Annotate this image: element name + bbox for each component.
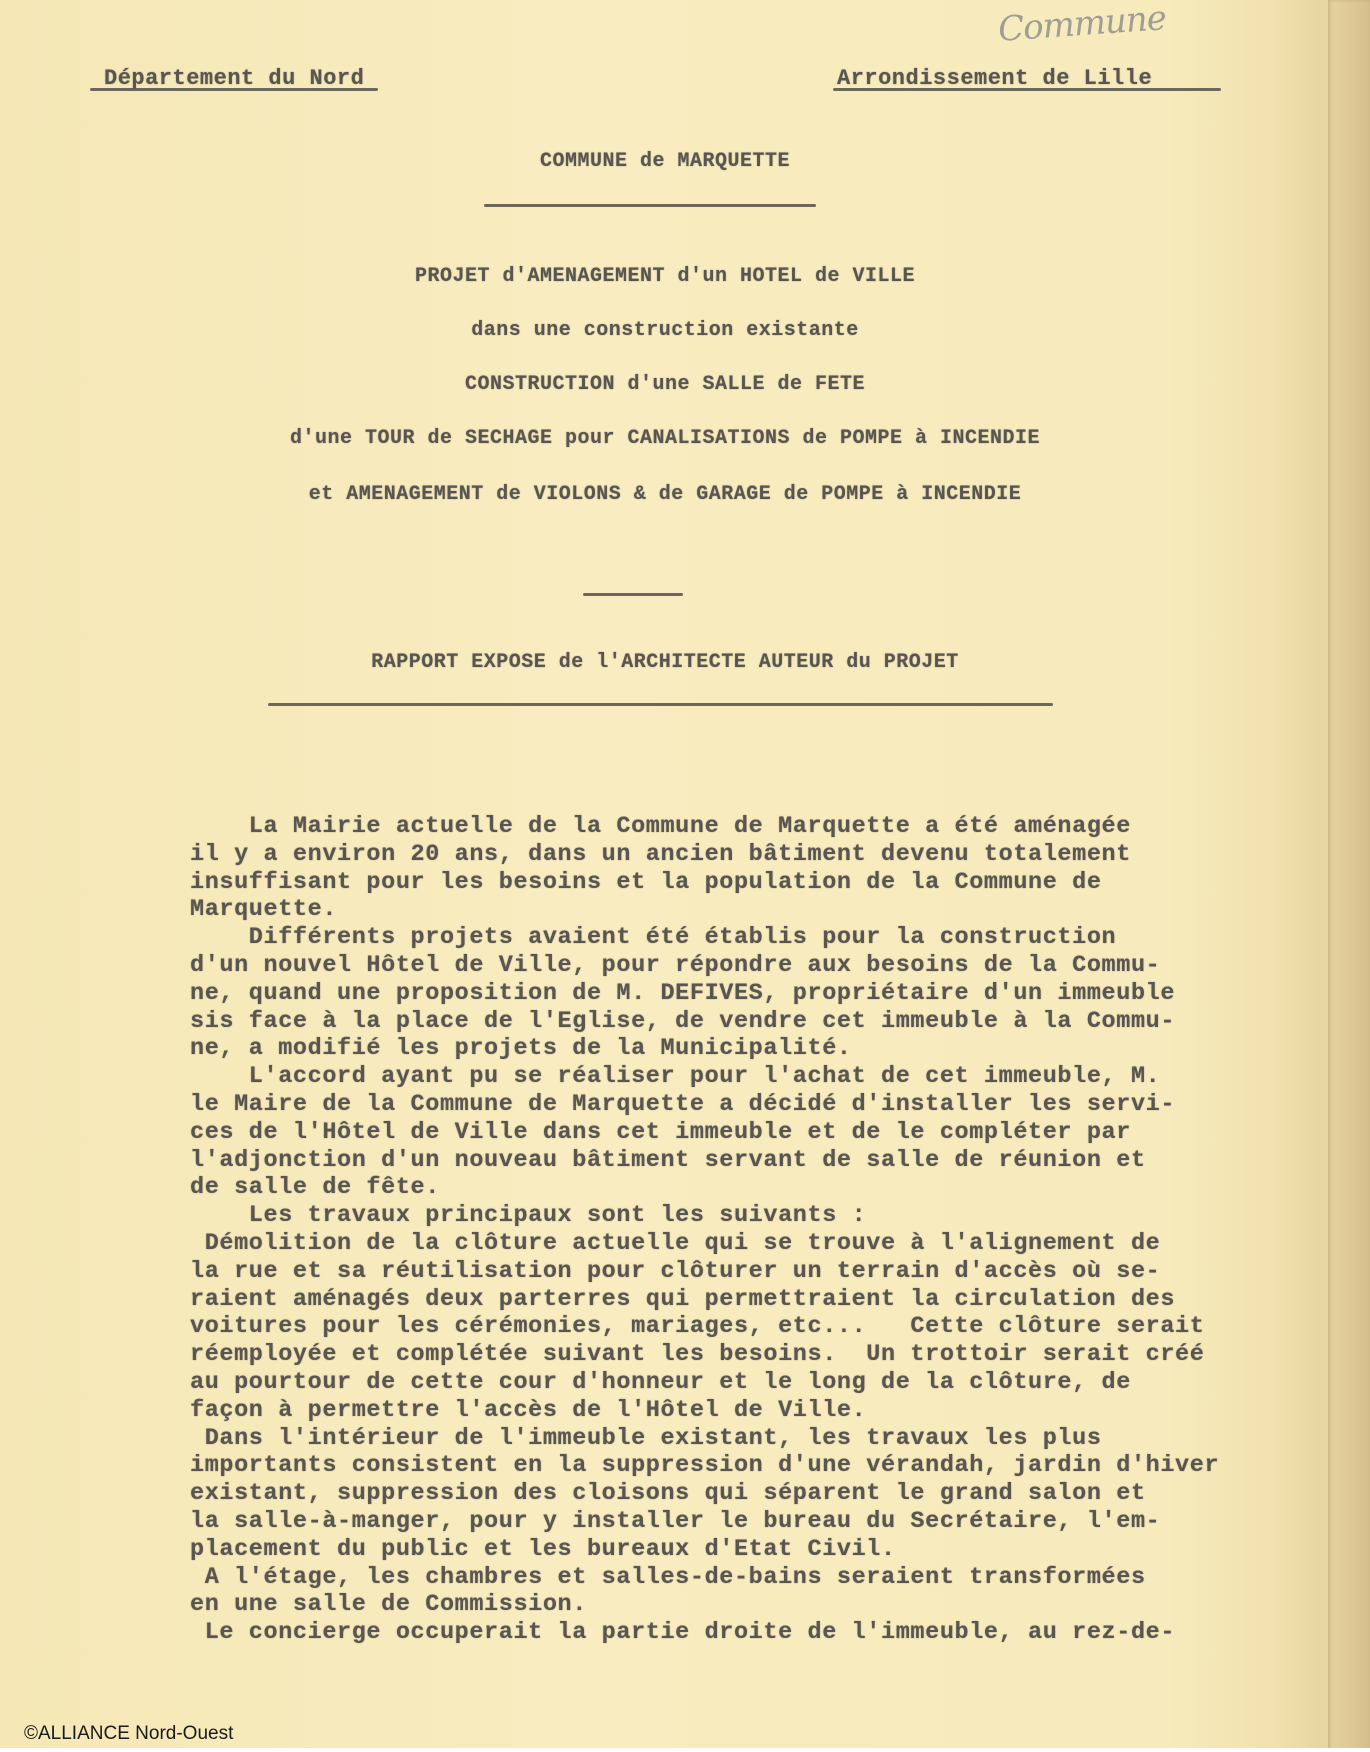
body-line: façon à permettre l'accès de l'Hôtel de … bbox=[190, 1397, 1340, 1425]
body-line: réemployée et complétée suivant les beso… bbox=[190, 1341, 1340, 1369]
body-line: ces de l'Hôtel de Ville dans cet immeubl… bbox=[190, 1119, 1340, 1147]
body-line: ne, a modifié les projets de la Municipa… bbox=[190, 1035, 1340, 1063]
report-body: La Mairie actuelle de la Commune de Marq… bbox=[190, 813, 1340, 1647]
body-line: sis face à la place de l'Eglise, de vend… bbox=[190, 1008, 1340, 1036]
body-line: il y a environ 20 ans, dans un ancien bâ… bbox=[190, 841, 1340, 869]
body-line: le Maire de la Commune de Marquette a dé… bbox=[190, 1091, 1340, 1119]
header-department-underline bbox=[90, 88, 378, 91]
body-line: Marquette. bbox=[190, 896, 1340, 924]
body-line: la salle-à-manger, pour y installer le b… bbox=[190, 1508, 1340, 1536]
commune-title-underline bbox=[484, 204, 816, 207]
body-line: insuffisant pour les besoins et la popul… bbox=[190, 869, 1340, 897]
header-arrondissement-underline bbox=[833, 88, 1221, 91]
body-line: d'un nouvel Hôtel de Ville, pour répondr… bbox=[190, 952, 1340, 980]
project-title-line-1: PROJET d'AMENAGEMENT d'un HOTEL de VILLE bbox=[0, 265, 1350, 288]
body-line: importants consistent en la suppression … bbox=[190, 1452, 1340, 1480]
body-line: raient aménagés deux parterres qui perme… bbox=[190, 1286, 1340, 1314]
body-line: l'adjonction d'un nouveau bâtiment serva… bbox=[190, 1147, 1340, 1175]
body-line: la rue et sa réutilisation pour clôturer… bbox=[190, 1258, 1340, 1286]
document-page: Commune Département du Nord Arrondisseme… bbox=[0, 0, 1370, 1752]
body-line: Démolition de la clôture actuelle qui se… bbox=[190, 1230, 1340, 1258]
body-line: voitures pour les cérémonies, mariages, … bbox=[190, 1313, 1340, 1341]
pencil-annotation: Commune bbox=[997, 0, 1167, 50]
project-title-line-5: et AMENAGEMENT de VIOLONS & de GARAGE de… bbox=[0, 483, 1350, 506]
project-title-line-3: CONSTRUCTION d'une SALLE de FETE bbox=[0, 373, 1350, 396]
section-divider bbox=[583, 593, 683, 596]
body-line: La Mairie actuelle de la Commune de Marq… bbox=[190, 813, 1340, 841]
body-line: au pourtour de cette cour d'honneur et l… bbox=[190, 1369, 1340, 1397]
report-title-underline bbox=[268, 703, 1053, 706]
body-line: Dans l'intérieur de l'immeuble existant,… bbox=[190, 1425, 1340, 1453]
project-title-line-2: dans une construction existante bbox=[0, 319, 1350, 342]
commune-title: COMMUNE de MARQUETTE bbox=[0, 150, 1350, 173]
body-line: Le concierge occuperait la partie droite… bbox=[190, 1619, 1340, 1647]
body-line: ne, quand une proposition de M. DEFIVES,… bbox=[190, 980, 1340, 1008]
body-line: Différents projets avaient été établis p… bbox=[190, 924, 1340, 952]
body-line: de salle de fête. bbox=[190, 1174, 1340, 1202]
body-line: existant, suppression des cloisons qui s… bbox=[190, 1480, 1340, 1508]
copyright-notice: ©ALLIANCE Nord-Ouest bbox=[24, 1723, 233, 1745]
body-line: placement du public et les bureaux d'Eta… bbox=[190, 1536, 1340, 1564]
project-title-line-4: d'une TOUR de SECHAGE pour CANALISATIONS… bbox=[0, 427, 1350, 450]
body-line: L'accord ayant pu se réaliser pour l'ach… bbox=[190, 1063, 1340, 1091]
body-line: A l'étage, les chambres et salles-de-bai… bbox=[190, 1564, 1340, 1592]
body-line: en une salle de Commission. bbox=[190, 1591, 1340, 1619]
report-title: RAPPORT EXPOSE de l'ARCHITECTE AUTEUR du… bbox=[0, 651, 1350, 674]
bottom-margin bbox=[0, 1748, 1370, 1752]
body-line: Les travaux principaux sont les suivants… bbox=[190, 1202, 1340, 1230]
